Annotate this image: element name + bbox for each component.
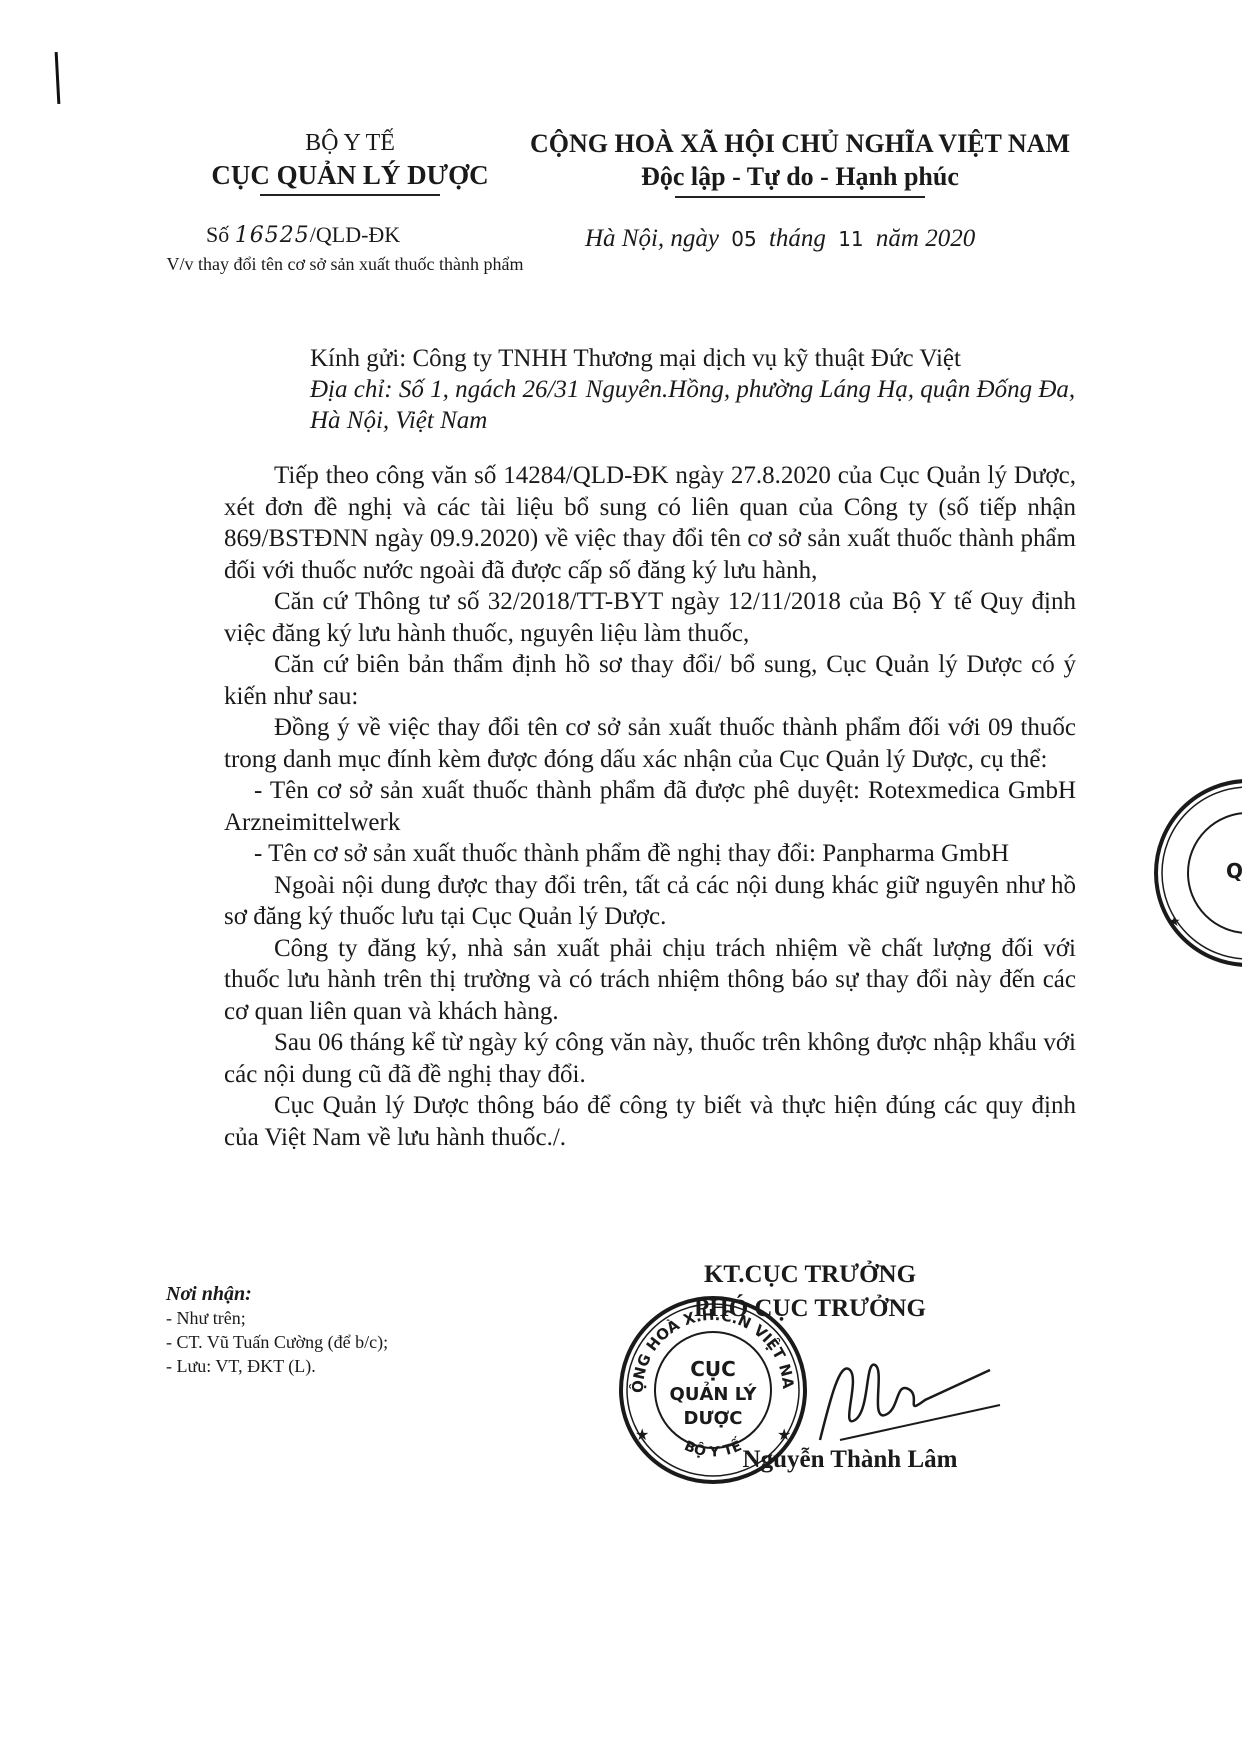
date-prefix: Hà Nội, ngày <box>585 225 719 252</box>
month-label: tháng <box>769 225 826 252</box>
letter-body: Tiếp theo công văn số 14284/QLD-ĐK ngày … <box>224 460 1076 1153</box>
recipient-block: Kính gửi: Công ty TNHH Thương mại dịch v… <box>310 343 1080 436</box>
national-motto: Độc lập - Tự do - Hạnh phúc <box>520 160 1080 194</box>
day-handwritten: 05 <box>731 227 756 251</box>
reference-number: Số 16525/QLD-ĐK <box>206 222 400 248</box>
body-paragraph: Đồng ý về việc thay đổi tên cơ sở sản xu… <box>224 712 1076 775</box>
recipient-entry: - Lưu: VT, ĐKT (L). <box>166 1354 388 1378</box>
svg-text:★: ★ <box>1168 915 1181 930</box>
ref-suffix: /QLD-ĐK <box>310 222 400 247</box>
body-paragraph: Ngoài nội dung được thay đổi trên, tất c… <box>224 870 1076 933</box>
recipients-list: Nơi nhận: - Như trên; - CT. Vũ Tuấn Cườn… <box>166 1282 388 1378</box>
recipients-title: Nơi nhận: <box>166 1282 388 1306</box>
signatory-title-1: KT.CỤC TRƯỞNG <box>640 1258 980 1292</box>
list-item: - Tên cơ sở sản xuất thuốc thành phẩm đã… <box>224 775 1076 838</box>
scan-artifact-mark <box>55 52 61 104</box>
nation-name: CỘNG HOÀ XÃ HỘI CHỦ NGHĨA VIỆT NAM <box>520 128 1080 160</box>
national-header: CỘNG HOÀ XÃ HỘI CHỦ NGHĨA VIỆT NAM Độc l… <box>520 128 1080 198</box>
body-paragraph: Cục Quản lý Dược thông báo để công ty bi… <box>224 1090 1076 1153</box>
date-line: Hà Nội, ngày 05 tháng 11 năm 2020 <box>585 225 975 253</box>
ref-prefix: Số <box>206 222 229 247</box>
seal-center-line: CỤC <box>690 1357 736 1381</box>
recipient-entry: - CT. Vũ Tuấn Cường (để b/c); <box>166 1330 388 1354</box>
partial-page-seal-icon: Q ★ <box>1118 778 1242 968</box>
subject-line: V/v thay đổi tên cơ sở sản xuất thuốc th… <box>165 252 525 276</box>
ministry-name: BỘ Y TẾ <box>180 128 520 158</box>
body-paragraph: Căn cứ Thông tư số 32/2018/TT-BYT ngày 1… <box>224 586 1076 649</box>
side-seal-letter: Q <box>1226 859 1242 883</box>
recipient-address: Địa chỉ: Số 1, ngách 26/31 Nguyên.Hồng, … <box>310 374 1080 436</box>
body-paragraph: Tiếp theo công văn số 14284/QLD-ĐK ngày … <box>224 460 1076 586</box>
body-paragraph: Căn cứ biên bản thẩm định hồ sơ thay đổi… <box>224 649 1076 712</box>
ref-number-handwritten: 16525 <box>235 223 310 248</box>
department-name: CỤC QUẢN LÝ DƯỢC <box>180 158 520 192</box>
month-handwritten: 11 <box>838 227 863 251</box>
header-underline <box>260 194 440 196</box>
handwritten-signature-icon <box>810 1340 1010 1450</box>
year-text: năm 2020 <box>876 225 975 252</box>
svg-text:★: ★ <box>635 1427 649 1444</box>
recipient-entry: - Như trên; <box>166 1306 388 1330</box>
seal-center-line: QUẢN LÝ <box>670 1382 758 1405</box>
motto-underline <box>675 196 925 198</box>
recipient-line: Kính gửi: Công ty TNHH Thương mại dịch v… <box>310 343 1080 374</box>
seal-center-line: DƯỢC <box>684 1408 743 1429</box>
issuer-header: BỘ Y TẾ CỤC QUẢN LÝ DƯỢC <box>180 128 520 196</box>
list-item: - Tên cơ sở sản xuất thuốc thành phẩm đề… <box>224 838 1076 870</box>
signer-name: Nguyễn Thành Lâm <box>700 1446 1000 1474</box>
body-paragraph: Công ty đăng ký, nhà sản xuất phải chịu … <box>224 933 1076 1028</box>
svg-text:★: ★ <box>777 1427 791 1444</box>
body-paragraph: Sau 06 tháng kể từ ngày ký công văn này,… <box>224 1027 1076 1090</box>
